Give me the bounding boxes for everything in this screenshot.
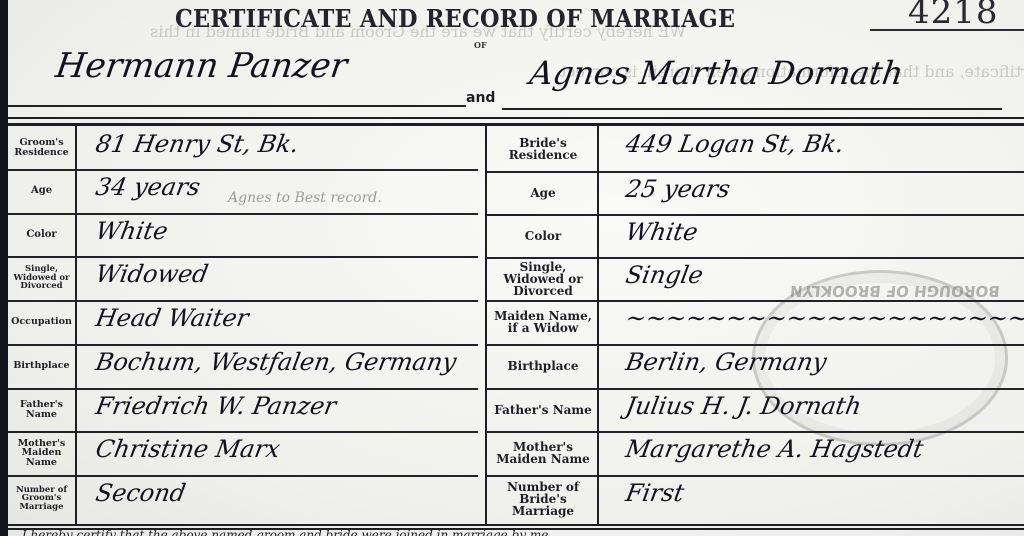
bride-row-rule xyxy=(486,257,1024,259)
certificate-title: CERTIFICATE AND RECORD OF MARRIAGE xyxy=(175,4,735,33)
groom-field-label: Father's Name xyxy=(8,388,75,431)
bride-row-rule xyxy=(486,300,1024,302)
groom-field-value: 81 Henry St, Bk. xyxy=(94,130,302,158)
groom-field-label: Mother's Maiden Name xyxy=(8,431,75,475)
bride-field-value: Single xyxy=(624,261,706,289)
bride-name-rule xyxy=(502,108,1002,110)
groom-field-label: Color xyxy=(8,213,75,256)
and-label: and xyxy=(466,90,495,106)
bride-field-label: Color xyxy=(488,214,598,257)
certificate-number: 4218 xyxy=(908,0,999,32)
bride-row-rule xyxy=(486,431,1024,433)
bride-row-rule xyxy=(486,388,1024,390)
groom-field-value: Christine Marx xyxy=(94,435,283,463)
groom-row-rule xyxy=(8,388,478,390)
bride-field-value: ~~~~~~~~~~~~~~~~~~~~~~~~ xyxy=(624,304,1024,332)
title-of: OF xyxy=(474,40,487,50)
groom-field-value: Widowed xyxy=(94,260,211,288)
bride-field-value: First xyxy=(624,479,687,507)
bride-field-value: 449 Logan St, Bk. xyxy=(624,130,847,158)
groom-row-rule xyxy=(8,256,478,258)
bride-field-label: Bride's Residence xyxy=(488,126,598,171)
groom-field-value: Head Waiter xyxy=(94,304,251,332)
groom-field-value: Friedrich W. Panzer xyxy=(94,392,339,420)
groom-row-rule xyxy=(8,169,478,171)
scan-left-edge xyxy=(0,0,8,536)
bride-field-label: Birthplace xyxy=(488,344,598,388)
bride-field-label: Father's Name xyxy=(488,388,598,431)
groom-row-rule xyxy=(8,213,478,215)
groom-field-label: Groom's Residence xyxy=(8,126,75,169)
bride-row-rule xyxy=(486,475,1024,477)
bride-field-label: Number of Bride's Marriage xyxy=(488,475,598,522)
bride-row-rule xyxy=(486,171,1024,173)
bride-field-value: White xyxy=(624,218,701,246)
groom-row-rule xyxy=(8,475,478,477)
bride-field-label: Single, Widowed or Divorced xyxy=(488,257,598,300)
bride-field-label: Mother's Maiden Name xyxy=(488,431,598,475)
groom-name-rule xyxy=(8,105,466,107)
groom-field-value: Second xyxy=(94,479,188,507)
bride-full-name: Agnes Martha Dornath xyxy=(527,54,905,92)
groom-field-label: Occupation xyxy=(8,300,75,344)
bride-row-rule xyxy=(486,344,1024,346)
table-bottom-rule xyxy=(8,524,1024,526)
groom-full-name: Hermann Panzer xyxy=(53,46,350,86)
groom-row-rule xyxy=(8,431,478,433)
groom-field-label: Single, Widowed or Divorced xyxy=(8,256,75,300)
certificate-number-rule xyxy=(870,29,1024,31)
groom-field-value: Bochum, Westfalen, Germany xyxy=(94,348,459,376)
groom-row-rule xyxy=(8,300,478,302)
bride-field-value: Margarethe A. Hagstedt xyxy=(624,435,926,463)
groom-field-value: 34 years xyxy=(94,173,203,201)
groom-field-value: White xyxy=(94,217,171,245)
groom-label-divider xyxy=(75,126,77,524)
bride-field-label: Maiden Name, if a Widow xyxy=(488,300,598,344)
center-divider xyxy=(485,126,487,524)
bride-field-label: Age xyxy=(488,171,598,214)
bride-row-rule xyxy=(486,214,1024,216)
header-double-rule-top xyxy=(8,117,1024,119)
groom-field-label: Birthplace xyxy=(8,344,75,388)
record-table: Groom's Residence81 Henry St, Bk.Age34 y… xyxy=(8,126,1024,524)
bride-field-value: Berlin, Germany xyxy=(624,348,829,376)
bride-field-value: Julius H. J. Dornath xyxy=(624,392,864,420)
bride-field-value: 25 years xyxy=(624,175,733,203)
groom-field-label: Age xyxy=(8,169,75,213)
groom-row-rule xyxy=(8,344,478,346)
certification-statement: I hereby certify that the above named gr… xyxy=(22,528,548,536)
groom-field-label: Number of Groom's Marriage xyxy=(8,475,75,522)
